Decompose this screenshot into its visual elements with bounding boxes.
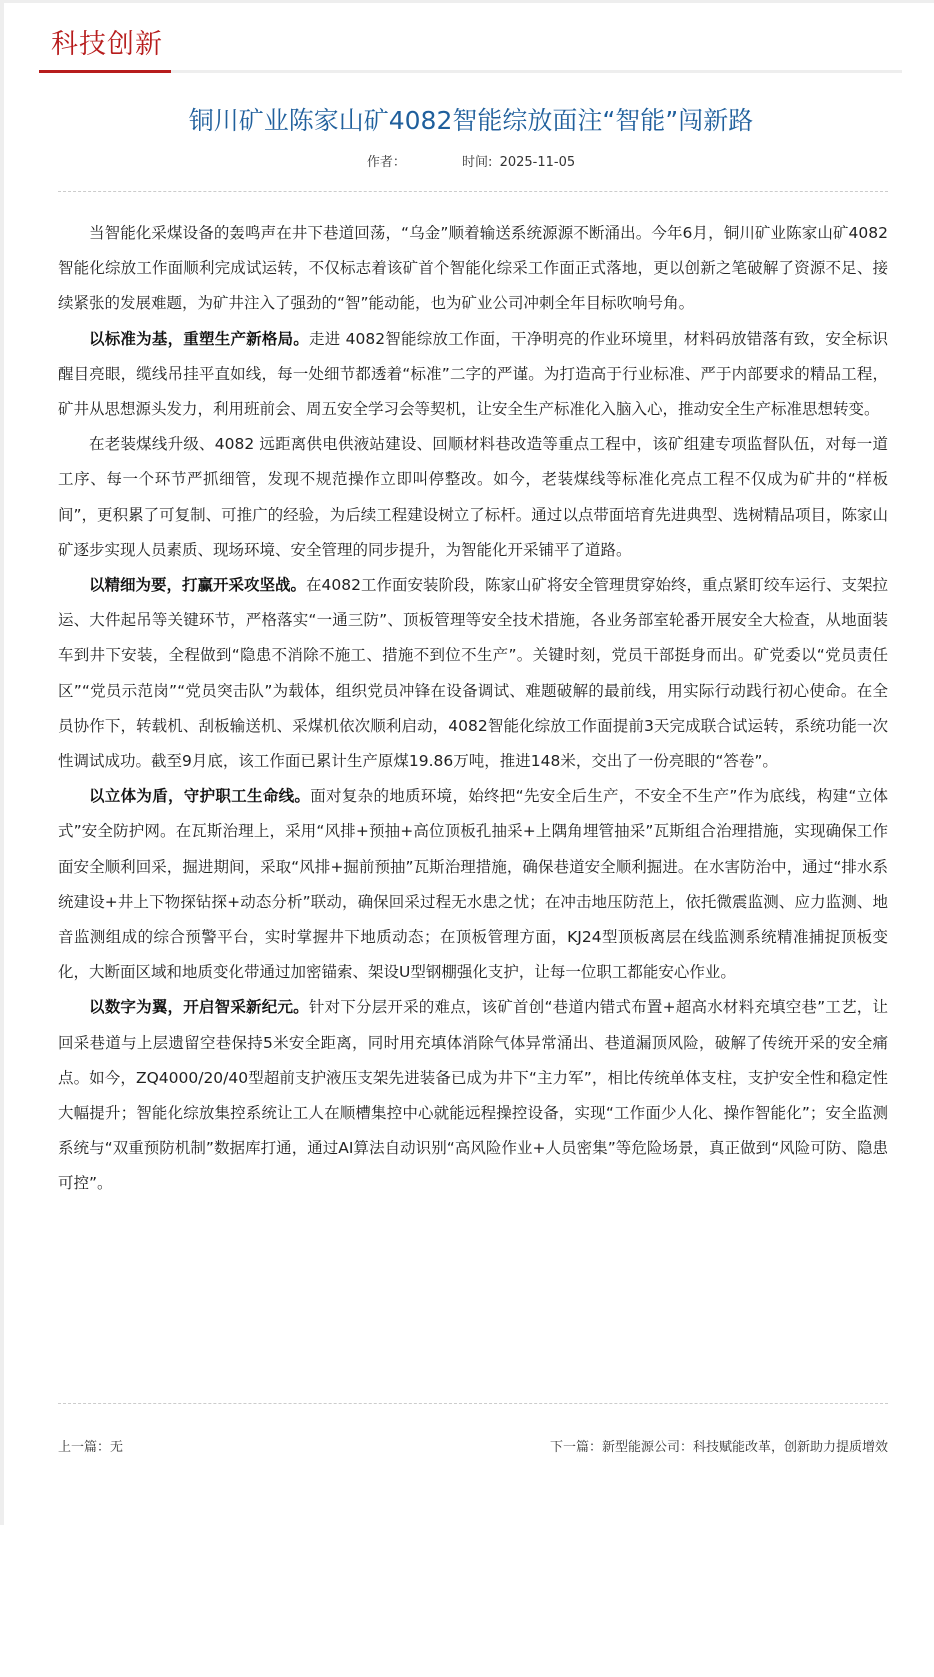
page: 科技创新 铜川矿业陈家山矿4082智能综放面注“智能”闯新路 作者： 时间: 2… xyxy=(0,0,934,1525)
paragraph: 以数字为翼，开启智采新纪元。针对下分层开采的难点，该矿首创“巷道内错式布置+超高… xyxy=(58,990,888,1201)
paragraph-lead: 以数字为翼，开启智采新纪元。 xyxy=(89,998,309,1016)
paragraph: 当智能化采煤设备的轰鸣声在井下巷道回荡，“乌金”顺着输送系统源源不断涌出。今年6… xyxy=(58,216,888,322)
author-field: 作者： xyxy=(367,155,436,170)
time-label: 时间: xyxy=(462,155,492,170)
paragraph-text: 在4082工作面安装阶段，陈家山矿将安全管理贯穿始终，重点紧盯绞车运行、支架拉运… xyxy=(58,576,888,770)
article-title: 铜川矿业陈家山矿4082智能综放面注“智能”闯新路 xyxy=(4,103,934,139)
section-title[interactable]: 科技创新 xyxy=(51,27,163,63)
paragraph-lead: 以标准为基，重塑生产新格局。 xyxy=(89,330,309,348)
next-label: 下一篇： xyxy=(550,1440,602,1455)
prev-article: 上一篇：无 xyxy=(58,1438,123,1458)
prev-label: 上一篇： xyxy=(58,1440,110,1455)
paragraph: 在老装煤线升级、4082 远距离供电供液站建设、回顺材料巷改造等重点工程中，该矿… xyxy=(58,427,888,568)
next-article: 下一篇：新型能源公司：科技赋能改革，创新助力提质增效 xyxy=(550,1438,888,1458)
paragraph-text: 面对复杂的地质环境，始终把“先安全后生产，不安全不生产”作为底线，构建“立体式”… xyxy=(58,787,888,981)
time-value: 2025-11-05 xyxy=(500,155,576,170)
section-rule-accent xyxy=(39,70,171,73)
article-body: 当智能化采煤设备的轰鸣声在井下巷道回荡，“乌金”顺着输送系统源源不断涌出。今年6… xyxy=(58,216,888,1202)
section-header: 科技创新 xyxy=(39,27,902,77)
divider-top xyxy=(58,191,888,192)
paragraph: 以标准为基，重塑生产新格局。走进 4082智能综放工作面，干净明亮的作业环境里，… xyxy=(58,322,888,428)
author-label: 作者： xyxy=(367,155,406,170)
article-meta: 作者： 时间: 2025-11-05 xyxy=(4,153,934,173)
paragraph-text: 针对下分层开采的难点，该矿首创“巷道内错式布置+超高水材料充填空巷”工艺，让回采… xyxy=(58,998,888,1192)
paragraph-lead: 以立体为盾，守护职工生命线。 xyxy=(89,787,310,805)
prev-article-value: 无 xyxy=(110,1440,123,1455)
paragraph-lead: 以精细为要，打赢开采攻坚战。 xyxy=(89,576,306,594)
time-field: 时间: 2025-11-05 xyxy=(462,155,575,170)
next-article-link[interactable]: 新型能源公司：科技赋能改革，创新助力提质增效 xyxy=(602,1440,888,1455)
paragraph: 以精细为要，打赢开采攻坚战。在4082工作面安装阶段，陈家山矿将安全管理贯穿始终… xyxy=(58,568,888,779)
divider-bottom xyxy=(58,1403,888,1404)
paragraph-text: 在老装煤线升级、4082 远距离供电供液站建设、回顺材料巷改造等重点工程中，该矿… xyxy=(58,435,888,559)
paragraph-text: 当智能化采煤设备的轰鸣声在井下巷道回荡，“乌金”顺着输送系统源源不断涌出。今年6… xyxy=(58,224,888,312)
paragraph: 以立体为盾，守护职工生命线。面对复杂的地质环境，始终把“先安全后生产，不安全不生… xyxy=(58,779,888,990)
